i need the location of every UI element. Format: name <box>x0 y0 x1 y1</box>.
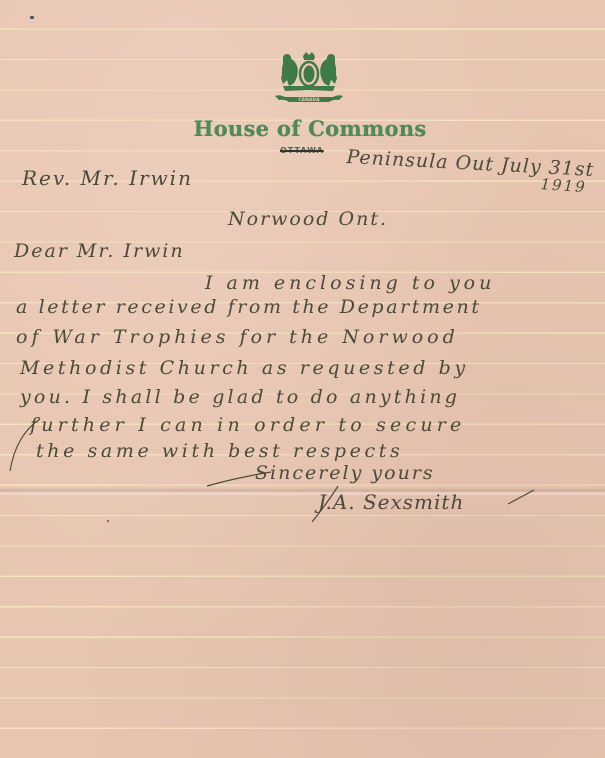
letterhead-city: OTTAWA <box>280 146 324 155</box>
closing: Sincerely yours <box>255 462 435 484</box>
salutation: Dear Mr. Irwin <box>14 240 185 262</box>
margin-flourish <box>6 415 46 475</box>
paper-speck <box>30 16 34 19</box>
canada-coat-of-arms-icon: CANADA <box>273 50 345 108</box>
body-line: I am enclosing to you <box>205 272 495 294</box>
letter-page: CANADA House of Commons OTTAWA Peninsula… <box>0 0 605 758</box>
recipient-location: Norwood Ont. <box>228 208 388 230</box>
body-line: of War Trophies for the Norwood <box>16 326 459 348</box>
paper-speck <box>107 520 109 522</box>
body-line: further I can in order to secure <box>30 414 466 436</box>
letterhead-title: House of Commons <box>190 116 430 141</box>
recipient-name: Rev. Mr. Irwin <box>22 166 193 190</box>
body-line: you. I shall be glad to do anything <box>20 386 460 408</box>
body-line: a letter received from the Department <box>16 296 482 318</box>
date-year: 1919 <box>540 175 587 196</box>
signature-flourish <box>308 482 538 527</box>
body-line: the same with best respects <box>36 440 403 462</box>
body-line: Methodist Church as requested by <box>20 357 469 379</box>
svg-text:CANADA: CANADA <box>298 97 320 103</box>
